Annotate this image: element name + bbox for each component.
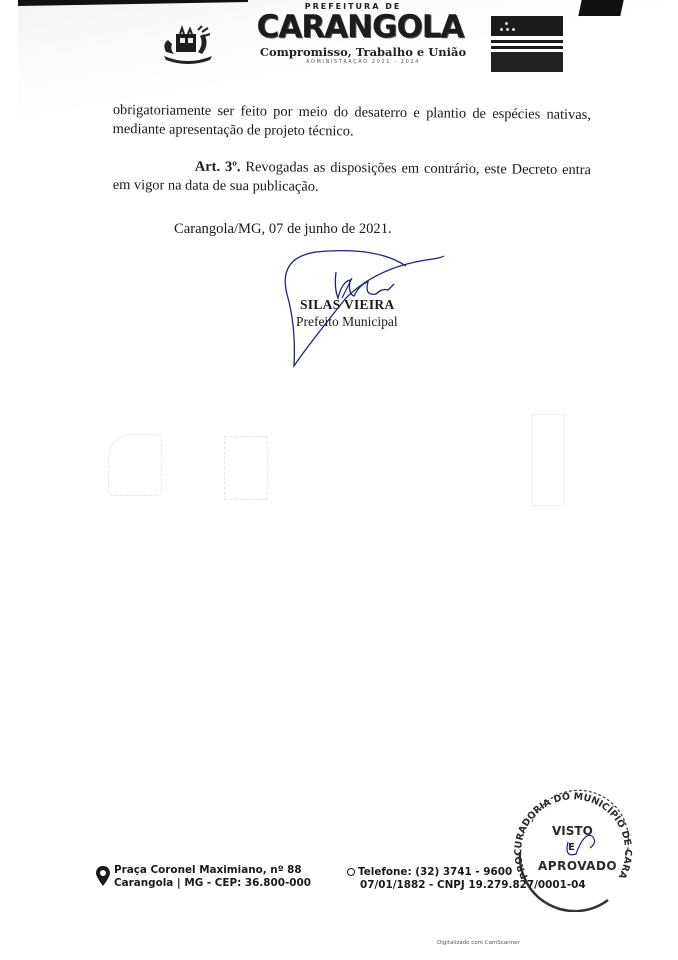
approval-stamp: PROCURADORIA DO MUNICÍPIO DE CARANGOLA V…	[508, 782, 638, 912]
scan-edge-shadow	[18, 0, 248, 6]
brand-block: PREFEITURA DE CARANGOLA Compromisso, Tra…	[250, 2, 470, 65]
footer-address: Praça Coronel Maximiano, nº 88 Carangola…	[96, 864, 311, 890]
scan-edge-shadow	[578, 0, 623, 16]
stamp-e: E	[568, 842, 575, 853]
map-pin-icon	[96, 866, 110, 886]
article-label: Art. 3º.	[195, 159, 241, 175]
signer-name: SILAS VIEIRA	[300, 297, 395, 313]
phone-number: Telefone: (32) 3741 - 9600	[358, 866, 512, 878]
administration-period: ADMINISTRAÇÃO 2021 - 2024	[256, 59, 470, 65]
clock-icon	[347, 868, 355, 876]
address-line-2: Carangola | MG - CEP: 36.800-000	[114, 877, 311, 890]
article-text: Revogadas as disposições em contrário, e…	[113, 159, 591, 195]
brand-name: CARANGOLA	[250, 11, 470, 43]
flag-icon	[491, 16, 563, 72]
address-line-1: Praça Coronel Maximiano, nº 88	[114, 864, 311, 877]
stamp-aprovado: APROVADO	[538, 859, 617, 873]
article-3: Art. 3º. Revogadas as disposições em con…	[113, 157, 591, 199]
bleed-through-mark	[108, 434, 162, 496]
bleed-through-mark	[532, 414, 564, 506]
bleed-through-mark	[224, 436, 268, 500]
signer-title: Prefeito Municipal	[296, 314, 398, 330]
stamp-visto: VISTO	[552, 824, 593, 838]
coat-of-arms-icon	[158, 22, 218, 64]
paragraph-continuation: obrigatoriamente ser feito por meio do d…	[113, 101, 591, 144]
scanner-watermark: Digitalizado com CamScanner	[437, 940, 520, 946]
brand-motto: Compromisso, Trabalho e União	[256, 45, 470, 59]
date-line: Carangola/MG, 07 de junho de 2021.	[174, 221, 392, 238]
